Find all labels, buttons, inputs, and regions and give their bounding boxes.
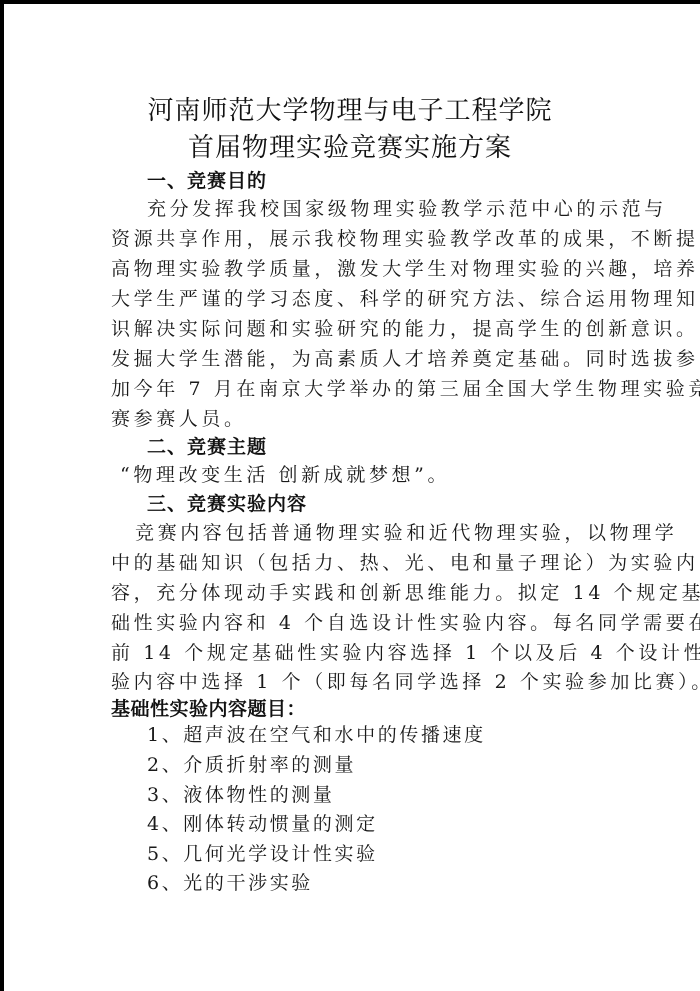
body-line: 识解决实际问题和实验研究的能力，提高学生的创新意识。 <box>111 314 595 344</box>
basic-experiments-subheading: 基础性实验内容题目： <box>111 694 306 721</box>
experiment-item: 6、光的干涉实验 <box>147 868 313 898</box>
body-line: 高物理实验教学质量，激发大学生对物理实验的兴趣，培养 <box>111 254 595 284</box>
body-line: 竞赛内容包括普通物理实验和近代物理实验，以物理学 <box>135 518 595 548</box>
body-line: 容，充分体现动手实践和创新思维能力。拟定 14 个规定基 <box>111 578 595 608</box>
section-heading-theme: 二、竞赛主题 <box>147 432 267 459</box>
document-title-line2: 首届物理实验竞赛实施方案 <box>0 127 700 164</box>
body-line: 资源共享作用，展示我校物理实验教学改革的成果，不断提 <box>111 224 595 254</box>
experiment-item: 3、液体物性的测量 <box>147 780 335 810</box>
experiment-item: 5、几何光学设计性实验 <box>147 839 378 869</box>
document-title-line1: 河南师范大学物理与电子工程学院 <box>0 90 700 127</box>
theme-slogan: “物理改变生活 创新成就梦想”。 <box>120 460 604 490</box>
body-line: 赛参赛人员。 <box>111 404 595 434</box>
experiment-item: 4、刚体转动惯量的测定 <box>147 809 378 839</box>
section-heading-content: 三、竞赛实验内容 <box>147 489 307 516</box>
body-line: 大学生严谨的学习态度、科学的研究方法、综合运用物理知 <box>111 284 595 314</box>
body-line: 发掘大学生潜能，为高素质人才培养奠定基础。同时选拔参 <box>111 344 595 374</box>
section-heading-purpose: 一、竞赛目的 <box>147 166 267 193</box>
body-line: 验内容中选择 1 个（即每名同学选择 2 个实验参加比赛）。 <box>111 667 595 697</box>
body-line: 前 14 个规定基础性实验内容选择 1 个以及后 4 个设计性实 <box>111 638 595 668</box>
experiment-item: 2、介质折射率的测量 <box>147 750 356 780</box>
experiment-item: 1、超声波在空气和水中的传播速度 <box>147 720 486 750</box>
body-line: 充分发挥我校国家级物理实验教学示范中心的示范与 <box>147 194 595 224</box>
body-line: 加今年 7 月在南京大学举办的第三届全国大学生物理实验竞 <box>111 374 595 404</box>
body-line: 础性实验内容和 4 个自选设计性实验内容。每名同学需要在 <box>111 608 595 638</box>
body-line: 中的基础知识（包括力、热、光、电和量子理论）为实验内 <box>111 548 595 578</box>
